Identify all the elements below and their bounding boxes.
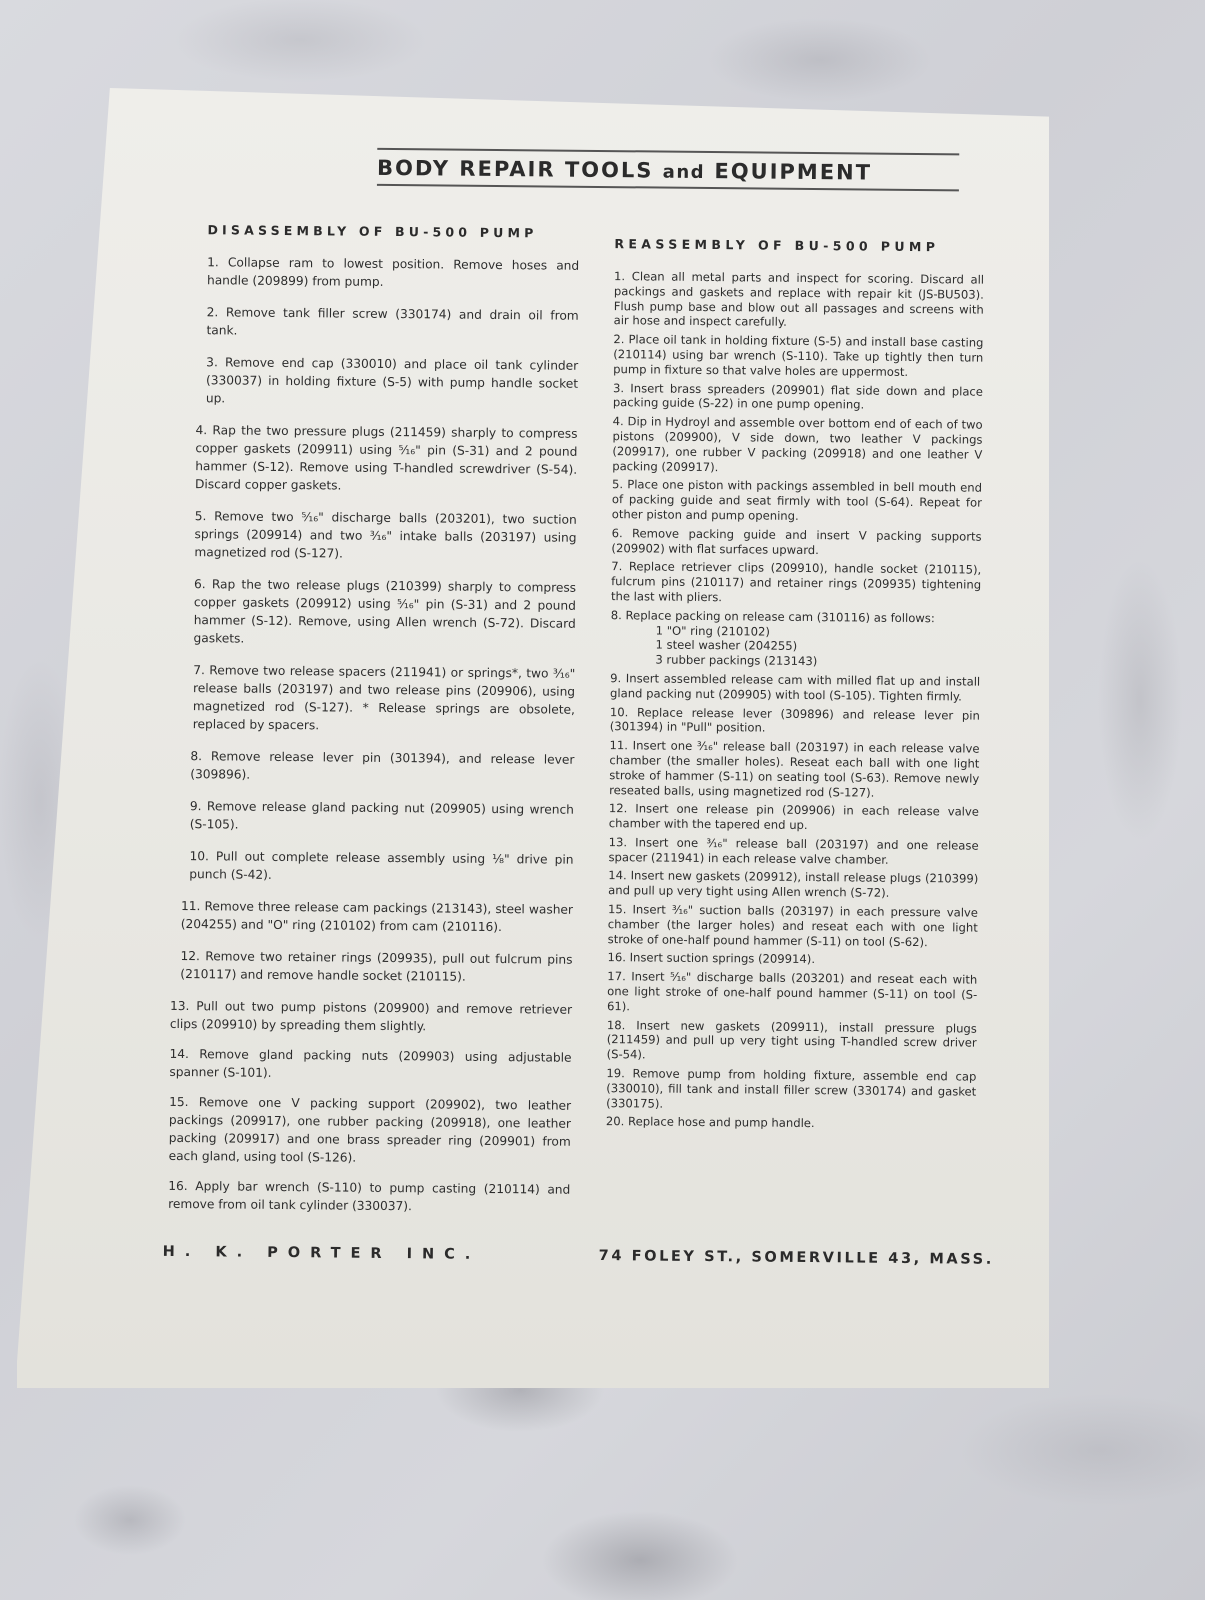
step-item: 15. Remove one V packing support (209902… [161,1093,572,1169]
step-item: 13. Pull out two pump pistons (209900) a… [162,997,572,1037]
step-item: 14. Remove gland packing nuts (209903) u… [161,1045,571,1085]
step-item: 12. Remove two retainer rings (209935), … [162,947,572,987]
step-item: 9. Remove release gland packing nut (209… [164,797,574,837]
page-title: BODY REPAIR TOOLS and EQUIPMENT [377,156,959,186]
step-item: 14. Insert new gaskets (209912), install… [608,869,978,902]
step-item: 8. Remove release lever pin (301394), an… [164,747,574,787]
step-item: 17. Insert ⁵⁄₁₆" discharge balls (203201… [607,969,977,1017]
step-item: 5. Remove two ⁵⁄₁₆" discharge balls (203… [166,507,576,565]
step-item: 8. Replace packing on release cam (31011… [610,608,981,671]
step-item: 2. Place oil tank in holding fixture (S-… [613,332,983,380]
step-item: 3. Remove end cap (330010) and place oil… [168,353,578,411]
title-and: and [663,162,706,183]
step-item: 16. Insert suction springs (209914). [607,951,977,969]
step-item: 10. Pull out complete release assembly u… [163,847,573,887]
step-item: 9. Insert assembled release cam with mil… [610,671,980,704]
step-item: 18. Insert new gaskets (209911), install… [607,1018,977,1066]
step-item: 2. Remove tank filler screw (330174) and… [168,303,578,343]
title-main: BODY REPAIR TOOLS [377,156,654,183]
step-item: 11. Remove three release cam packings (2… [163,897,573,937]
step-item: 7. Replace retriever clips (209910), han… [611,559,981,607]
step-item: 19. Remove pump from holding fixture, as… [606,1066,976,1114]
step-item: 7. Remove two release spacers (211941) o… [165,661,576,737]
packing-sublist: 1 "O" ring (210102)1 steel washer (20425… [610,623,980,671]
reassembly-steps: 1. Clean all metal parts and inspect for… [606,269,984,1133]
reassembly-section: REASSEMBLY OF BU-500 PUMP 1. Clean all m… [606,236,985,1137]
step-item: 1. Clean all metal parts and inspect for… [614,269,985,332]
reassembly-heading: REASSEMBLY OF BU-500 PUMP [614,236,984,255]
step-item: 3. Insert brass spreaders (209901) flat … [613,381,983,414]
footer-address: 74 FOLEY ST., SOMERVILLE 43, MASS. [599,1248,994,1268]
step-item: 20. Replace hose and pump handle. [606,1115,976,1133]
step-item: 6. Remove packing guide and insert V pac… [611,526,981,559]
step-text: 8. Replace packing on release cam (31011… [611,608,935,625]
disassembly-heading: DISASSEMBLY OF BU-500 PUMP [207,222,579,241]
footer-company: H. K. PORTER INC. [163,1244,481,1263]
step-item: 16. Apply bar wrench (S-110) to pump cas… [160,1177,570,1217]
packing-item: 3 rubber packings (213143) [655,653,980,671]
page-title-block: BODY REPAIR TOOLS and EQUIPMENT [377,148,959,192]
step-item: 15. Insert ³⁄₁₆" suction balls (203197) … [608,902,978,950]
step-item: 12. Insert one release pin (209906) in e… [609,801,979,834]
step-item: 4. Rap the two pressure plugs (211459) s… [167,421,578,497]
step-item: 11. Insert one ³⁄₁₆" release ball (20319… [609,738,980,801]
step-item: 1. Collapse ram to lowest position. Remo… [169,253,579,293]
title-end: EQUIPMENT [714,159,872,185]
step-item: 4. Dip in Hydroyl and assemble over bott… [612,414,983,477]
step-item: 5. Place one piston with packings assemb… [612,477,982,525]
disassembly-steps: 1. Collapse ram to lowest position. Remo… [160,253,579,1217]
document-content: BODY REPAIR TOOLS and EQUIPMENT DISASSEM… [0,0,1205,1600]
step-item: 13. Insert one ³⁄₁₆" release ball (20319… [608,835,978,868]
step-item: 10. Replace release lever (309896) and r… [610,705,980,738]
disassembly-section: DISASSEMBLY OF BU-500 PUMP 1. Collapse r… [160,222,580,1229]
step-item: 6. Rap the two release plugs (210399) sh… [165,575,576,651]
